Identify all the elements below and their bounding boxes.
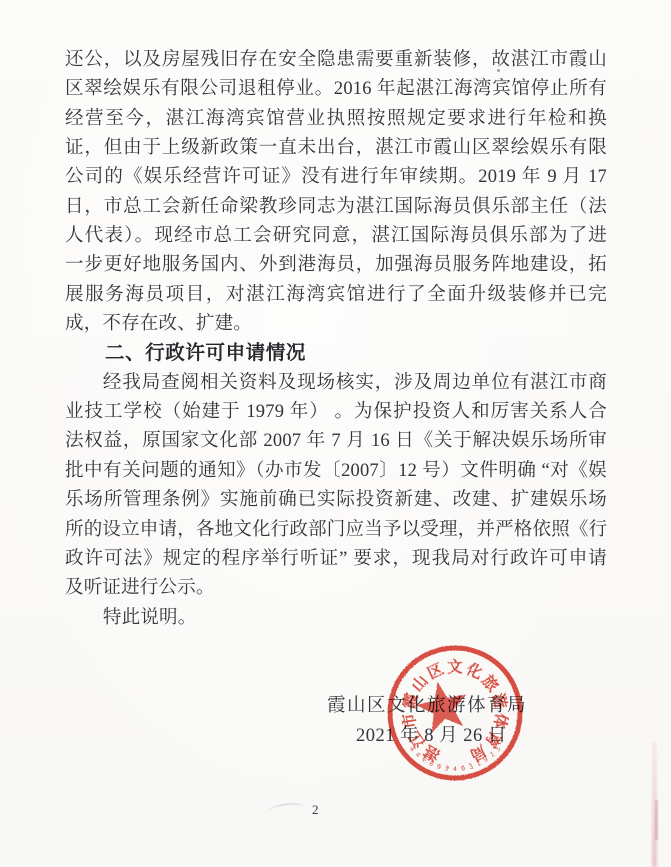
text-line: 还公，以及房屋残旧存在安全隐患需要重新装修，故湛江市霞山 xyxy=(65,46,607,75)
svg-text:0: 0 xyxy=(436,762,442,771)
svg-text:2: 2 xyxy=(488,750,496,759)
text-line: 批中有关问题的通知》（办市发〔2007〕12 号）文件明确 “对《娱 xyxy=(65,457,607,486)
text-line: 区翠绘娱乐有限公司退租停业。2016 年起湛江海湾宾馆停止所有 xyxy=(65,75,607,104)
text-line: 所的设立申请，各地文化行政部门应当予以受理，并严格依照《行 xyxy=(65,516,607,545)
text-line: 展服务海员项目，对湛江海湾宾馆进行了全面升级装修并已完 xyxy=(65,281,607,310)
text-line: 特此说明。 xyxy=(65,604,607,633)
svg-text:3: 3 xyxy=(468,762,474,771)
text-line: 经我局查阅相关资料及现场核实，涉及周边单位有湛江市商 xyxy=(65,369,607,398)
document-body: 还公，以及房屋残旧存在安全隐患需要重新装修，故湛江市霞山区翠绘娱乐有限公司退租停… xyxy=(65,46,607,633)
svg-text:游: 游 xyxy=(489,691,511,711)
text-line: 经营至今，湛江海湾宾馆营业执照按照规定要求进行年检和换 xyxy=(65,105,607,134)
text-line: 日，市总工会新任命梁教珍同志为湛江国际海员俱乐部主任（法 xyxy=(65,193,607,222)
svg-text:4: 4 xyxy=(453,765,457,773)
text-line: 业技工学校（始建于 1979 年） 。为保护投资人和厉害关系人合 xyxy=(65,398,607,427)
svg-text:0: 0 xyxy=(461,764,466,772)
scanned-page: 还公，以及房屋残旧存在安全隐患需要重新装修，故湛江市霞山区翠绘娱乐有限公司退租停… xyxy=(0,0,671,867)
text-line: 一步更好地服务国内、外到港海员，加强海员服务阵地建设，拓 xyxy=(65,251,607,280)
text-line: 乐场所管理条例》实施前确已实际投资新建、改建、扩建娱乐场 xyxy=(65,486,607,515)
section-heading: 二、行政许可申请情况 xyxy=(65,339,607,368)
text-line: 公司的《娱乐经营许可证》没有进行年审续期。2019 年 9 月 17 xyxy=(65,163,607,192)
svg-text:区: 区 xyxy=(425,660,447,683)
text-line: 政许可法》规定的程序举行听证” 要求，现我局对行政许可申请 xyxy=(65,545,607,574)
svg-text:4: 4 xyxy=(414,751,422,760)
scan-speck xyxy=(497,69,500,72)
svg-text:3: 3 xyxy=(444,764,449,772)
svg-text:文: 文 xyxy=(447,657,463,676)
svg-text:旅: 旅 xyxy=(478,671,503,695)
text-line: 证，但由于上级新政策一直未出台，湛江市霞山区翠绘娱乐有限 xyxy=(65,134,607,163)
svg-text:体: 体 xyxy=(490,712,511,731)
text-line: 及听证进行公示。 xyxy=(65,574,607,603)
svg-text:霞: 霞 xyxy=(399,691,421,711)
text-line: 成，不存在改、扩建。 xyxy=(65,310,607,339)
text-line: 人代表）。现经市总工会研究同意，湛江国际海员俱乐部为了进 xyxy=(65,222,607,251)
page-number: 2 xyxy=(312,802,319,818)
text-line: 法权益，原国家文化部 2007 年 7 月 16 日《关于解决娱乐场所审 xyxy=(65,427,607,456)
scan-smudge xyxy=(268,802,305,816)
scan-edge-artifact xyxy=(655,800,658,840)
official-seal-icon: 湛江市霞山区文化旅游体育局 4408034031925 xyxy=(380,638,530,788)
svg-text:市: 市 xyxy=(398,711,419,730)
